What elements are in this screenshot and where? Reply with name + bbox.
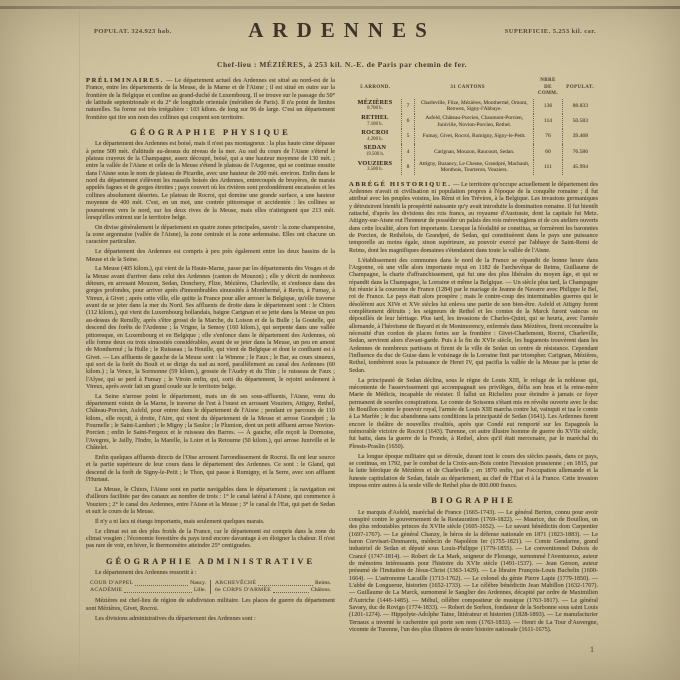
ressort-item: ACADÉMIE Lille. [90, 587, 206, 594]
arrondissement-name: VOUZIERS [358, 160, 392, 167]
table-row: MÉZIÈRES8.700 h. 7 Charleville, Flize, M… [349, 99, 598, 114]
page-top-edge [0, 6, 680, 9]
historique-paragraph: La longue époque militaire qui se déroul… [349, 454, 598, 491]
left-column: PRÉLIMINAIRES. — Le département actuel d… [86, 77, 335, 637]
dotted-leader [258, 585, 313, 586]
physique-paragraph: Le département des Ardennes est compris … [86, 249, 335, 264]
dotted-leader [124, 592, 191, 593]
cantons-list: Carignan, Mouzon, Raucourt, Sedan. [415, 144, 534, 159]
population-value: 50.583 [562, 114, 598, 129]
preliminaires-text: — Le département actuel des Ardennes est… [86, 78, 335, 121]
columns: PRÉLIMINAIRES. — Le département actuel d… [86, 77, 598, 637]
ressort-list: COUR D'APPEL Nancy. ACADÉMIE Lille. ARCH [86, 580, 335, 594]
ressort-value: Châlons. [311, 587, 331, 594]
physique-paragraph: Le département des Ardennes est boisé, m… [86, 141, 335, 222]
communes-count: 60 [534, 144, 562, 159]
arrondissement-hab: 4.200 h. [351, 137, 399, 144]
cantons-list: Attigny, Buzancy, Le Chesne, Grandpré, M… [415, 160, 534, 175]
historique-text: — Le territoire qu'occupe actuellement l… [349, 182, 598, 254]
table-header-row: 5 ARROND. 31 CANTONS NBRE DE COMM. POPUL… [349, 77, 598, 99]
preliminaires-label: PRÉLIMINAIRES. [86, 77, 164, 84]
preliminaires-paragraph: PRÉLIMINAIRES. — Le département actuel d… [86, 77, 335, 122]
table-row: SEDAN19.500 h. 4 Carignan, Mouzon, Rauco… [349, 144, 598, 159]
cantons-list: Asfeld, Château-Porcien, Chaumont-Porcie… [415, 114, 534, 129]
col-header-cantons: 31 CANTONS [401, 77, 533, 99]
ressort-right-half: ARCHEVÊCHÉ Reims. 6e CORPS D'ARMÉE Châlo… [210, 580, 335, 594]
cantons-count: 7 [401, 99, 414, 114]
cantons-count: 5 [401, 129, 414, 144]
right-column: 5 ARROND. 31 CANTONS NBRE DE COMM. POPUL… [349, 77, 598, 637]
cantons-count: 4 [401, 144, 414, 159]
arrondissement-name-cell: RETHEL7.100 h. [349, 114, 401, 129]
historique-first-paragraph: ABRÉGÉ HISTORIQUE. — Le territoire qu'oc… [349, 181, 598, 255]
ressort-value: Lille. [194, 587, 206, 594]
arrondissement-hab: 19.500 h. [351, 152, 399, 159]
col-header-arrond: 5 ARROND. [349, 77, 401, 99]
col-header-comm: NBRE DE COMM. [534, 77, 562, 99]
dotted-leader [273, 592, 309, 593]
population-value: 76.586 [562, 144, 598, 159]
table-row: ROCROI4.200 h. 5 Fumay, Givet, Rocroi, R… [349, 129, 598, 144]
arrondissement-name-cell: MÉZIÈRES8.700 h. [349, 99, 401, 114]
physique-paragraph: Le climat est un des plus froids de la F… [86, 529, 335, 551]
table-row: VOUZIERS3.500 h. 8 Attigny, Buzancy, Le … [349, 160, 598, 175]
admin-paragraph: Mézières est chef-lieu de région de subd… [86, 598, 335, 613]
physique-paragraph: La Seine n'arrose point le département, … [86, 394, 335, 453]
cantons-list: Fumay, Givet, Rocroi, Rumigny, Signy-le-… [415, 129, 534, 144]
table-row: RETHEL7.100 h. 6 Asfeld, Château-Porcien… [349, 114, 598, 129]
geographie-physique-heading: GÉOGRAPHIE PHYSIQUE [86, 129, 335, 136]
arrondissement-name-cell: ROCROI4.200 h. [349, 129, 401, 144]
historique-paragraph: La principauté de Sedan déclina, sous le… [349, 378, 598, 451]
communes-count: 136 [534, 99, 562, 114]
page-content: POPULAT. 324.923 hab. ARDENNES SUPERFICI… [86, 16, 598, 637]
physique-paragraph: Il n'y a ni lacs ni étangs importants, m… [86, 519, 335, 526]
arrondissement-name: RETHEL [361, 114, 388, 121]
biographie-heading: BIOGRAPHIE [349, 497, 598, 504]
masthead: POPULAT. 324.923 hab. ARDENNES SUPERFICI… [86, 16, 598, 60]
arrondissement-hab: 8.700 h. [351, 106, 399, 113]
abrege-historique-label: ABRÉGÉ HISTORIQUE. [349, 181, 451, 188]
population-value: 88.833 [562, 99, 598, 114]
ressort-item: 6e CORPS D'ARMÉE Châlons. [215, 587, 331, 594]
physique-paragraph: La Meuse (405 kilom.), qui vient de la H… [86, 266, 335, 391]
physique-paragraph: La Meuse, le Chiers, l'Aisne sont en par… [86, 487, 335, 516]
biographie-paragraph: Le marquis d'Asfeld, maréchal de France … [349, 510, 598, 635]
arrondissement-hab: 3.500 h. [351, 167, 399, 174]
admin-paragraph: Les divisions administratives du départe… [86, 616, 335, 623]
physique-paragraph: Enfin quelques affluents directs de l'Oi… [86, 455, 335, 484]
communes-count: 114 [534, 114, 562, 129]
arrondissement-name: SEDAN [364, 144, 386, 151]
geographie-administrative-heading: GÉOGRAPHIE ADMINISTRATIVE [86, 558, 335, 565]
ressort-left-half: COUR D'APPEL Nancy. ACADÉMIE Lille. [86, 580, 210, 594]
cantons-count: 8 [401, 160, 414, 175]
ressort-label: ACADÉMIE [90, 587, 122, 594]
population-value: 39.468 [562, 129, 598, 144]
arrondissements-table: 5 ARROND. 31 CANTONS NBRE DE COMM. POPUL… [349, 77, 598, 175]
cantons-list: Charleville, Flize, Mézières, Monthermé,… [415, 99, 534, 114]
scanned-atlas-page: POPULAT. 324.923 hab. ARDENNES SUPERFICI… [0, 0, 680, 680]
population-value: 45.994 [562, 160, 598, 175]
admin-intro: Le département des Ardennes ressortit à … [86, 570, 335, 577]
historique-paragraph: L'établissement des communes dans le nor… [349, 258, 598, 376]
arrondissement-name: ROCROI [361, 129, 388, 136]
col-header-pop: POPULAT. [562, 77, 598, 99]
communes-count: 76 [534, 129, 562, 144]
superficie-label: SUPERFICIE. 5.253 kil. car. [505, 28, 596, 35]
arrondissement-hab: 7.100 h. [351, 122, 399, 129]
ressort-label: 6e CORPS D'ARMÉE [215, 587, 271, 594]
physique-paragraph: On divise généralement le département en… [86, 225, 335, 247]
dotted-leader [135, 585, 188, 586]
arrondissement-name: MÉZIÈRES [358, 99, 393, 106]
arrondissement-name-cell: VOUZIERS3.500 h. [349, 160, 401, 175]
page-left-crease [79, 10, 80, 670]
page-number: 1 [590, 645, 594, 654]
chef-lieu-line: Chef-lieu : MÉZIÈRES, à 253 kil. N.-E. d… [86, 60, 598, 69]
cantons-count: 6 [401, 114, 414, 129]
communes-count: 111 [534, 160, 562, 175]
arrondissement-name-cell: SEDAN19.500 h. [349, 144, 401, 159]
